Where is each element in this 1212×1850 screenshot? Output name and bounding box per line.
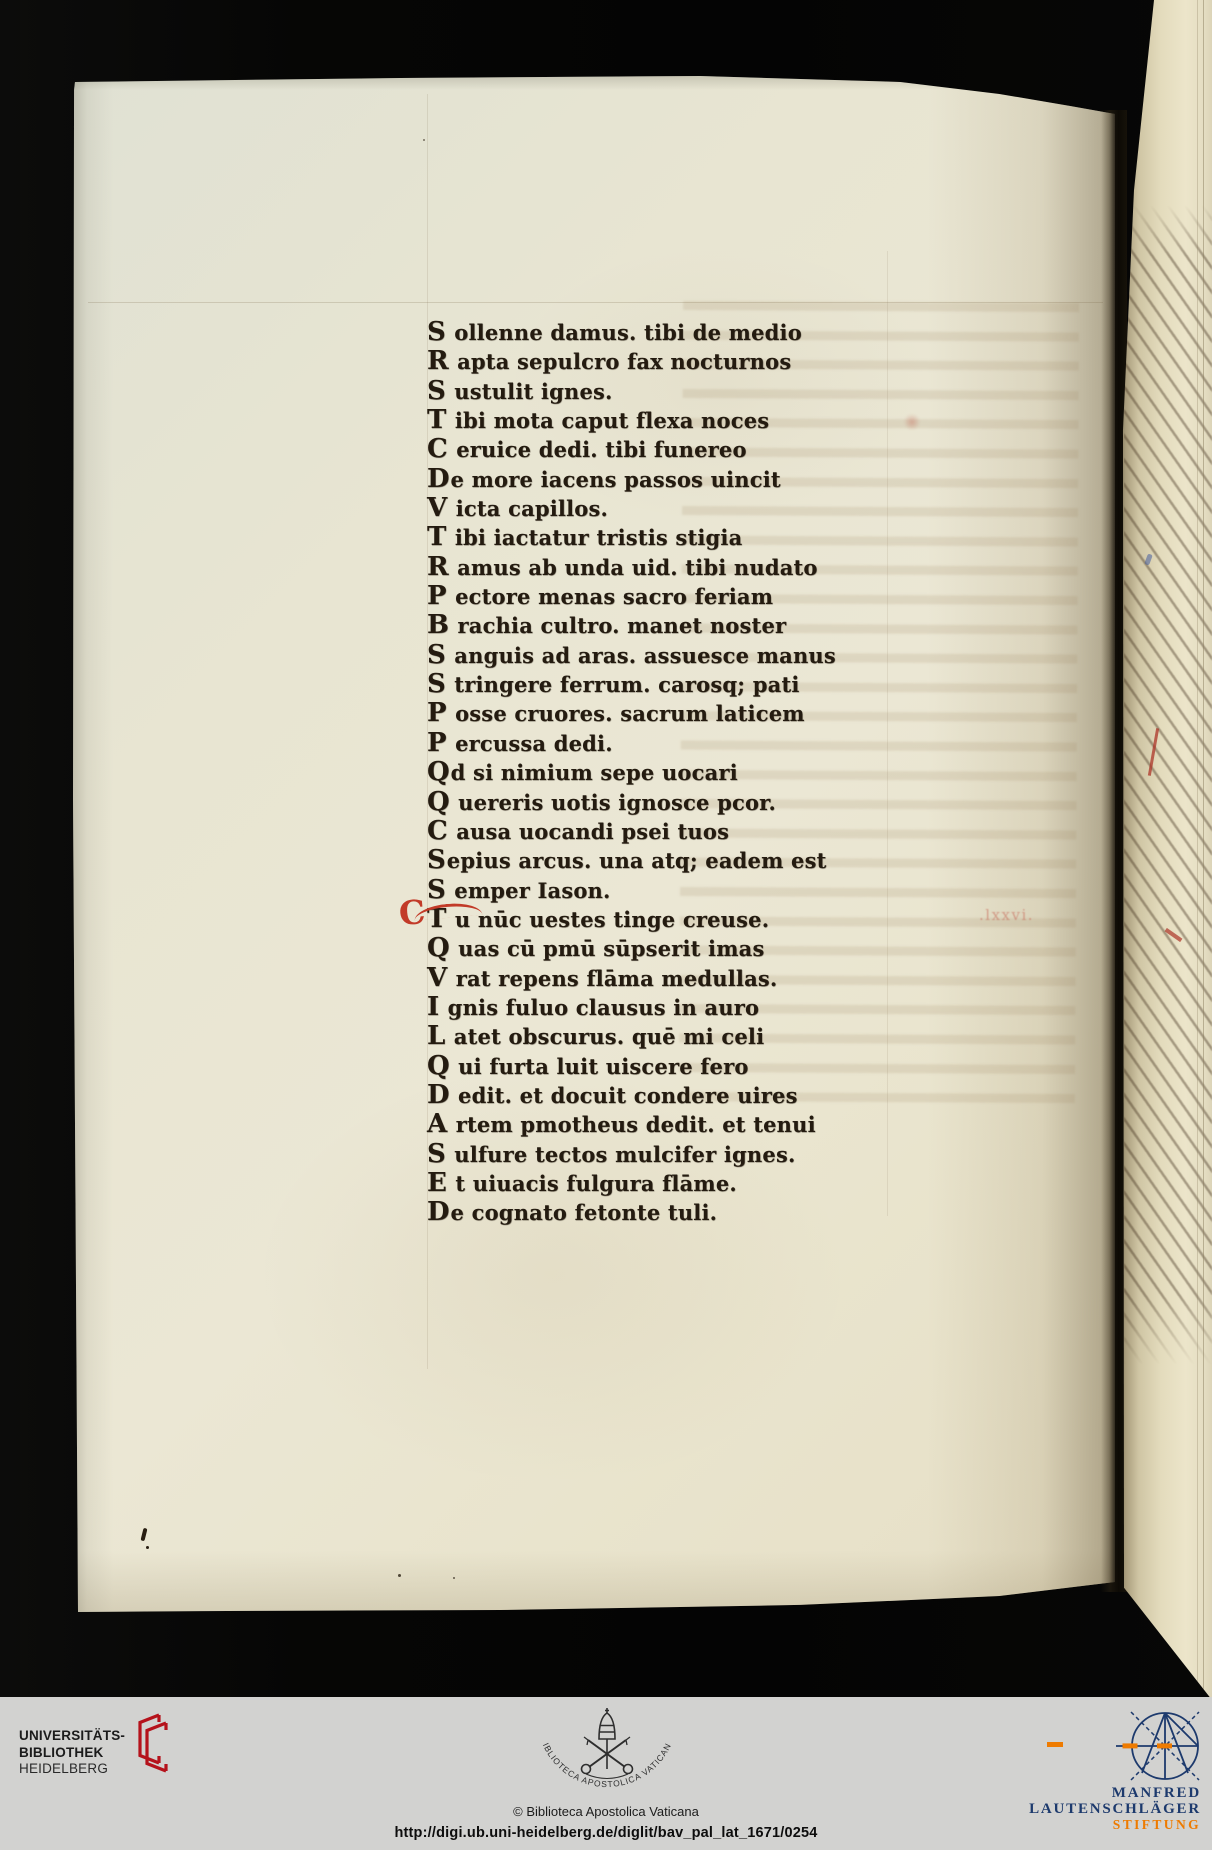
manuscript-line: C eruice dedi. tibi funereo	[427, 435, 907, 464]
line-initial: T	[427, 405, 447, 435]
line-initial: P	[427, 728, 448, 758]
ub-heidelberg-wordmark: UNIVERSITÄTS- BIBLIOTHEK HEIDELBERG	[19, 1728, 125, 1778]
rubric-initial: C	[398, 897, 427, 929]
line-initial: Q	[427, 787, 451, 817]
line-initial: D	[427, 464, 451, 494]
manuscript-line: CT u nūc uestes tinge creuse.	[427, 905, 907, 934]
stiftung-line2: LAUTENSCHLÄGER	[1029, 1802, 1201, 1818]
manuscript-line: Q ui furta luit uiscere fero	[427, 1052, 907, 1081]
manuscript-line: A rtem pmotheus dedit. et tenui	[427, 1110, 907, 1139]
manuscript-line: L atet obscurus. quē mi celi	[427, 1022, 907, 1051]
line-initial: S	[427, 875, 447, 905]
vatican-library-seal-icon: BIBLIOTECA APOSTOLICA VATICANA	[536, 1703, 678, 1803]
line-initial: L	[427, 1021, 446, 1051]
manuscript-line: De more iacens passos uincit	[427, 465, 907, 494]
ink-speck	[423, 139, 425, 141]
manuscript-line: T ibi mota caput flexa noces	[427, 406, 907, 435]
line-initial: C	[427, 816, 449, 846]
stiftung-line1: MANFRED	[1029, 1786, 1201, 1802]
manuscript-line: P ercussa dedi.	[427, 729, 907, 758]
line-initial: Q	[427, 757, 451, 787]
manuscript-line: S anguis ad aras. assuesce manus	[427, 641, 907, 670]
manuscript-line: R amus ab unda uid. tibi nudato	[427, 553, 907, 582]
manuscript-line: S ollenne damus. tibi de medio	[427, 318, 907, 347]
manuscript-line: De cognato fetonte tuli.	[427, 1198, 907, 1227]
line-initial: S	[427, 317, 447, 347]
line-initial: A	[427, 1109, 448, 1139]
line-initial: E	[427, 1168, 448, 1198]
line-initial: S	[427, 845, 447, 875]
line-initial: D	[427, 1197, 451, 1227]
manuscript-page: .lxxvi. S ollenne damus. tibi de medioR …	[73, 76, 1115, 1612]
line-initial: C	[427, 434, 449, 464]
manuscript-line: Q uereris uotis ignosce pcor.	[427, 788, 907, 817]
manuscript-line: S ulfure tectos mulcifer ignes.	[427, 1140, 907, 1169]
stiftung-globe-logo-icon	[1112, 1705, 1206, 1787]
manuscript-line: V icta capillos.	[427, 494, 907, 523]
manuscript-line: R apta sepulcro fax nocturnos	[427, 347, 907, 376]
page-fore-edge-line	[1197, 0, 1198, 1700]
manuscript-line: P ectore menas sacro feriam	[427, 582, 907, 611]
ub-line1: UNIVERSITÄTS-	[19, 1728, 125, 1745]
manuscript-line: B rachia cultro. manet noster	[427, 611, 907, 640]
stiftung-orange-dash	[1047, 1742, 1063, 1747]
page-fore-edge-line	[1203, 0, 1204, 1700]
faded-folio-numeral: .lxxvi.	[979, 906, 1034, 924]
manuscript-line: Q uas cū pmū sūpserit imas	[427, 934, 907, 963]
line-initial: S	[427, 640, 447, 670]
line-initial: R	[427, 552, 450, 582]
facing-page-edge	[1118, 0, 1212, 1700]
manuscript-line: Qd si nimium sepe uocari	[427, 758, 907, 787]
line-initial: S	[427, 376, 447, 406]
text-block: S ollenne damus. tibi de medioR apta sep…	[427, 318, 907, 1228]
line-initial: Q	[427, 933, 451, 963]
line-initial: P	[427, 581, 448, 611]
line-initial: V	[427, 963, 448, 993]
line-initial: V	[427, 493, 448, 523]
stiftung-line3: STIFTUNG	[1029, 1817, 1201, 1833]
manuscript-line: S ustulit ignes.	[427, 377, 907, 406]
book-gutter-shadow	[1101, 110, 1127, 1592]
line-initial: S	[427, 669, 447, 699]
manuscript-line: Sepius arcus. una atq; eadem est	[427, 846, 907, 875]
ub-line2: BIBLIOTHEK	[19, 1745, 125, 1762]
line-initial: B	[427, 610, 450, 640]
manuscript-line: S tringere ferrum. carosq; pati	[427, 670, 907, 699]
line-initial: Q	[427, 1051, 451, 1081]
stiftung-wordmark: MANFRED LAUTENSCHLÄGER STIFTUNG	[1029, 1786, 1201, 1833]
manuscript-line: C ausa uocandi psei tuos	[427, 817, 907, 846]
manuscript-line: D edit. et docuit condere uires	[427, 1081, 907, 1110]
ink-speck	[146, 1546, 149, 1549]
manuscript-line: T ibi iactatur tristis stigia	[427, 523, 907, 552]
ink-speck	[453, 1577, 455, 1579]
line-initial: P	[427, 698, 448, 728]
facing-page-text-lines	[1124, 205, 1212, 1365]
line-initial: S	[427, 1139, 447, 1169]
footer-bar: UNIVERSITÄTS- BIBLIOTHEK HEIDELBERG BIBL…	[0, 1697, 1212, 1850]
manuscript-line: V rat repens flāma medullas.	[427, 964, 907, 993]
manuscript-line: I gnis fuluo clausus in auro	[427, 993, 907, 1022]
line-initial: R	[427, 346, 450, 376]
manuscript-line: E t uiuacis fulgura flāme.	[427, 1169, 907, 1198]
line-initial: I	[427, 992, 440, 1022]
line-initial: D	[427, 1080, 451, 1110]
manuscript-line: P osse cruores. sacrum laticem	[427, 699, 907, 728]
manuscript-line: S emper Iason.	[427, 876, 907, 905]
ink-speck	[398, 1574, 401, 1577]
ub-line3: HEIDELBERG	[19, 1761, 125, 1778]
ub-heidelberg-logo-icon	[122, 1710, 170, 1782]
ink-speck	[140, 1528, 147, 1542]
line-initial: T	[427, 522, 447, 552]
